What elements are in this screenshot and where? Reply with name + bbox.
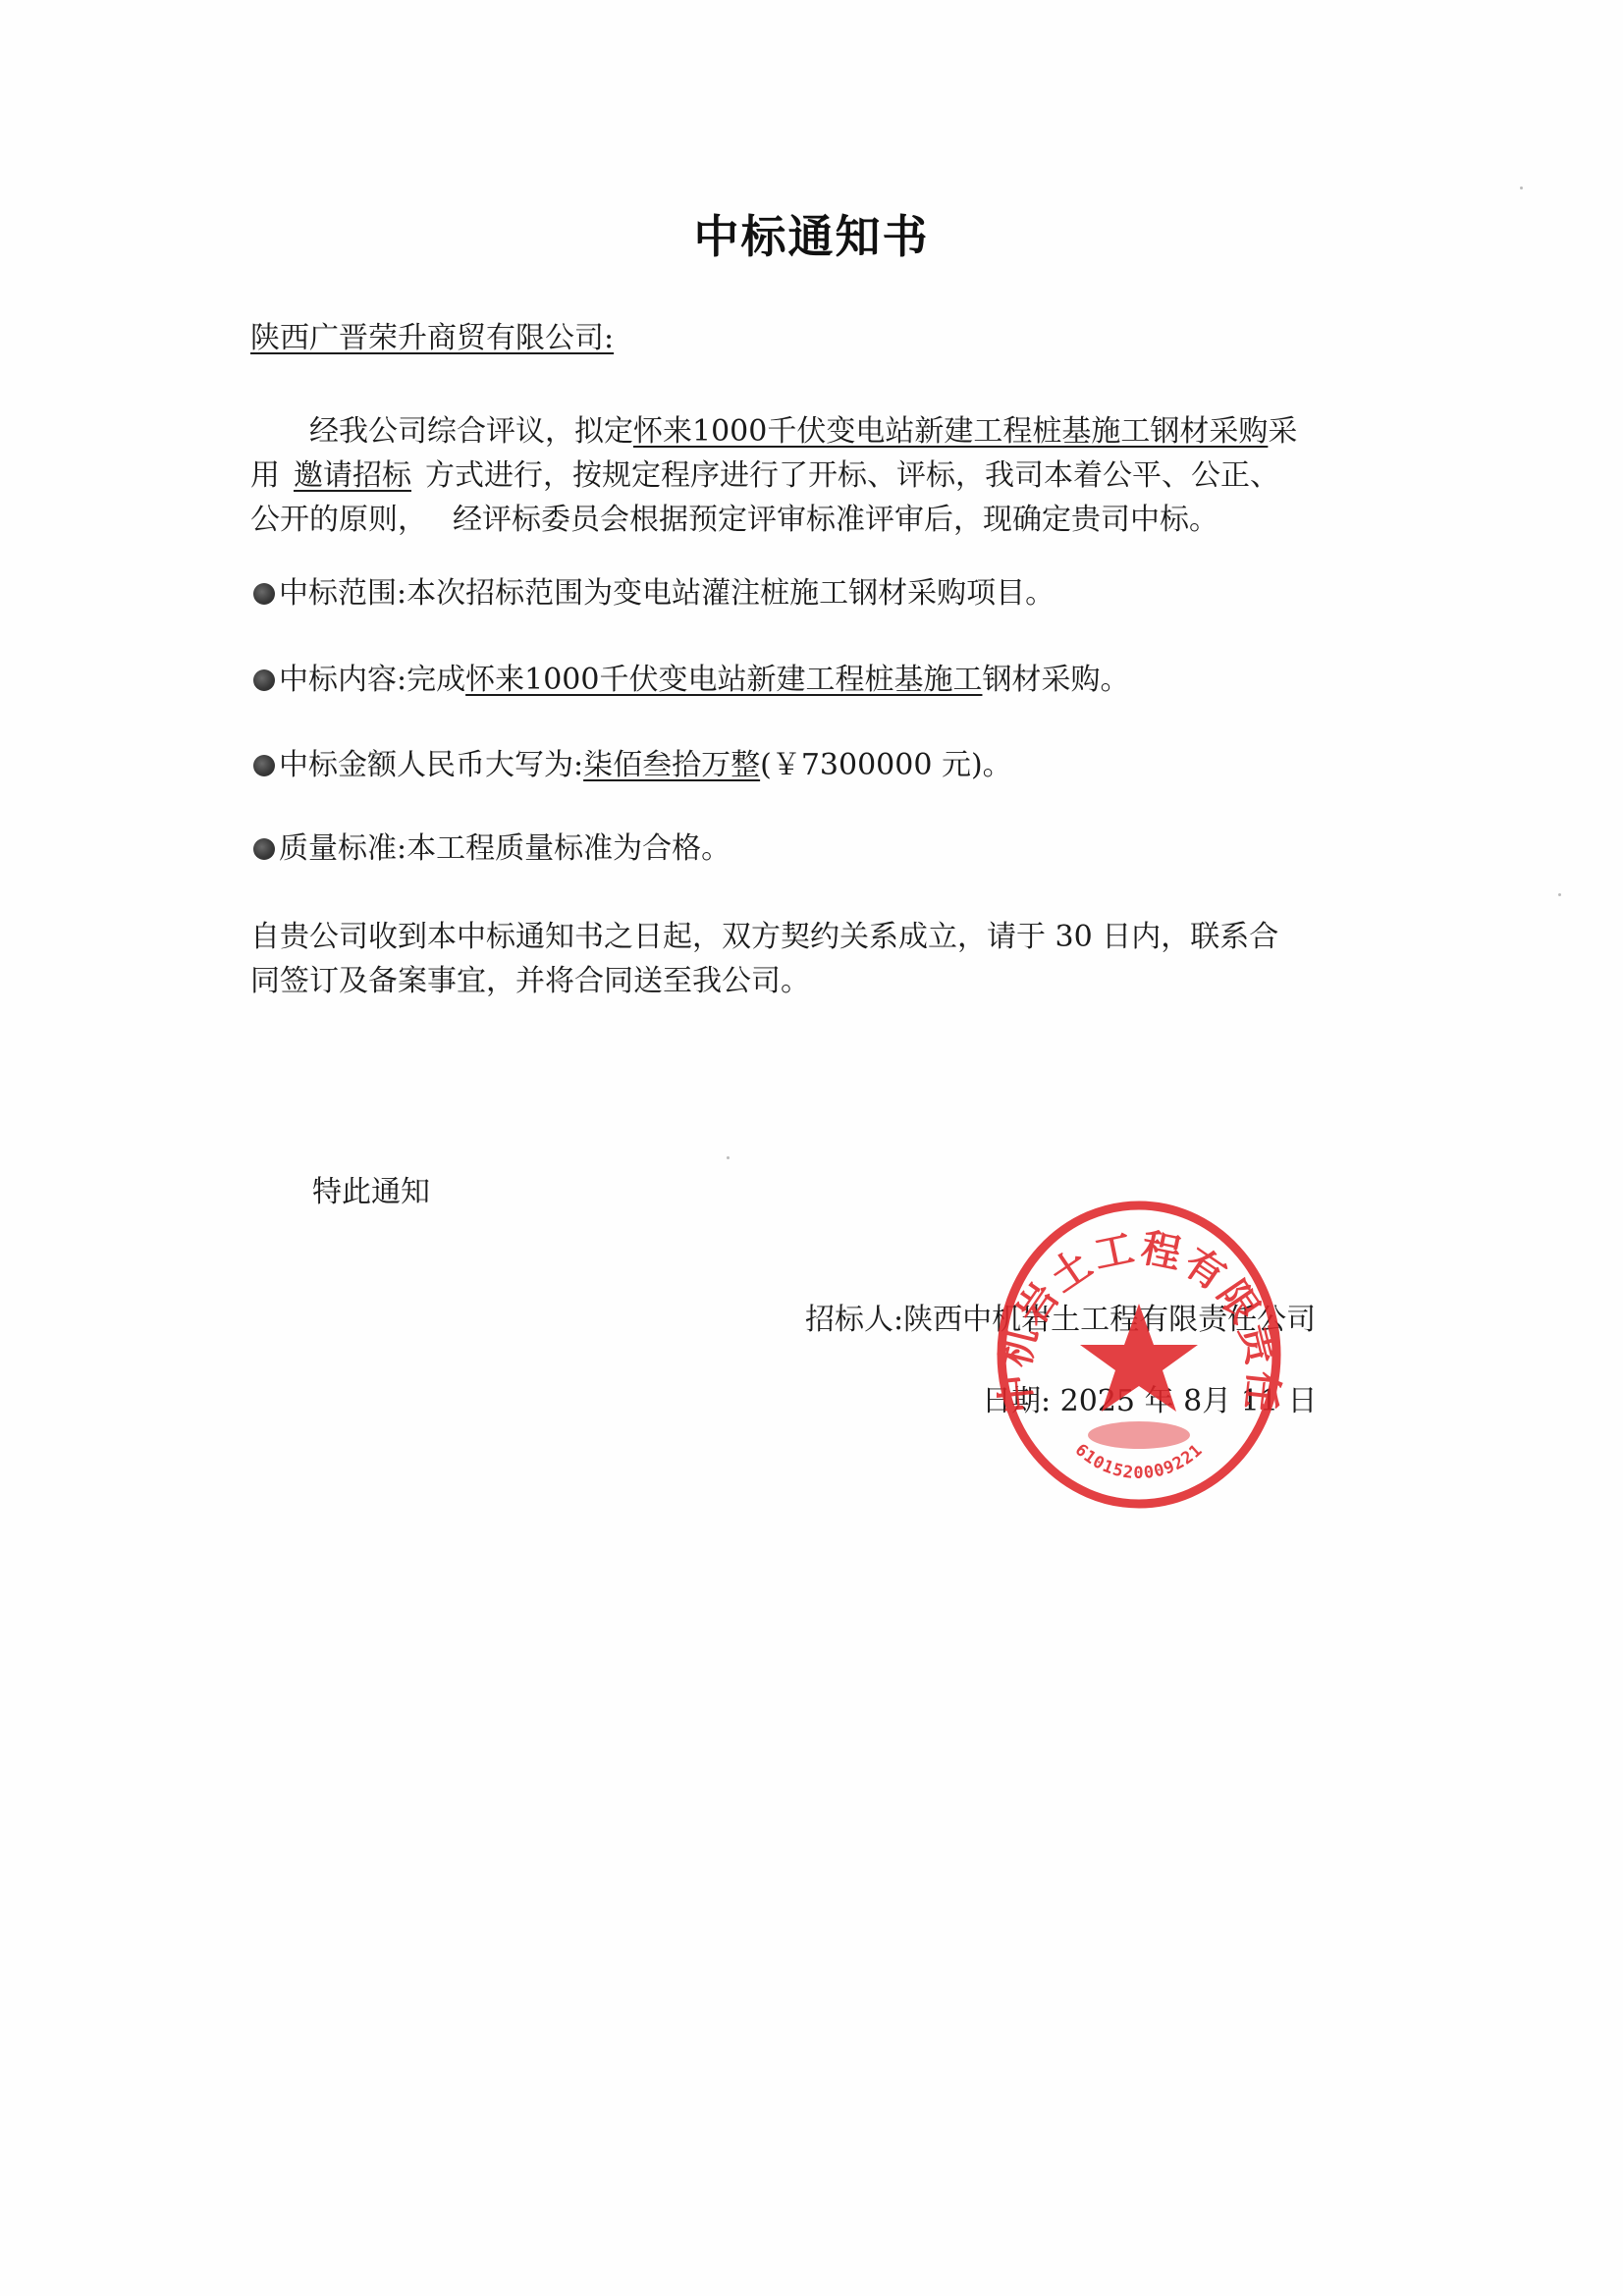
bullet-icon [253,755,275,776]
item-label: 质量标准: [279,831,406,866]
item-label: 中标金额人民币大写为: [279,748,583,782]
item-text: 完成 [406,663,465,697]
intro-text: 公开的原则， [250,503,427,537]
item-label: 中标范围: [279,576,406,611]
signer-label: 招标人: [805,1303,903,1337]
intro-line-2: 用邀请招标方式进行，按规定程序进行了开标、评标，我司本着公平、公正、 [250,456,1279,496]
date-day: 11 [1241,1384,1278,1418]
closing-remark: 特此通知 [312,1173,430,1212]
intro-line-3: 公开的原则，经评标委员会根据预定评审标准评审后，现确定贵司中标。 [250,501,1218,540]
issue-date: 日期: 2025 年 8月 11 日 [982,1382,1317,1421]
intro-text: 方式进行，按规定程序进行了开标、评标，我司本着公平、公正、 [425,458,1279,493]
bid-amount-item: 中标金额人民币大写为:柒佰叁拾万整(￥7300000 元)。 [253,746,1012,785]
date-label: 日期: [982,1384,1051,1418]
recipient-name: 陕西广晋荣升商贸有限公司: [250,319,614,358]
bid-content-item: 中标内容:完成怀来1000千伏变电站新建工程桩基施工钢材采购。 [253,661,1129,700]
company-seal: 陕西中机岩土工程有限责任公司 6101520009221 [992,1188,1286,1522]
date-year: 2025 [1060,1384,1135,1418]
seal-code-text: 6101520009221 [1071,1440,1207,1483]
signer-name: 陕西中机岩土工程有限责任公司 [903,1303,1316,1337]
amount-in-words: 柒佰叁拾万整 [583,748,760,782]
item-text: 钢材采购。 [982,663,1129,697]
bid-scope-item: 中标范围:本次招标范围为变电站灌注桩施工钢材采购项目。 [253,574,1055,614]
item-label: 中标内容: [279,663,406,697]
intro-text: 经我公司综合评议，拟定 [309,414,633,449]
bullet-icon [253,669,275,691]
project-name: 怀来1000千伏变电站新建工程桩基施工 [465,663,982,697]
item-text: 本次招标范围为变电站灌注桩施工钢材采购项目。 [406,576,1055,611]
notice-page: 中标通知书 陕西广晋荣升商贸有限公司: 经我公司综合评议，拟定怀来1000千伏变… [0,0,1623,2296]
intro-text: 经评标委员会根据预定评审标准评审后，现确定贵司中标。 [453,503,1218,537]
contract-clause-line-2: 同签订及备案事宜，并将合同送至我公司。 [250,962,810,1001]
intro-text: 采 [1268,414,1297,449]
signer: 招标人:陕西中机岩土工程有限责任公司 [805,1301,1316,1340]
intro-text: 用 [250,458,280,493]
contract-clause-line-1: 自贵公司收到本中标通知书之日起，双方契约关系成立，请于 30 日内，联系合 [250,918,1278,957]
quality-standard-item: 质量标准:本工程质量标准为合格。 [253,829,730,869]
project-name: 怀来1000千伏变电站新建工程桩基施工钢材采购 [633,414,1268,449]
date-year-unit: 年 [1145,1384,1174,1418]
bullet-icon [253,583,275,605]
date-month: 8 [1183,1384,1202,1418]
bullet-icon [253,838,275,860]
procurement-method: 邀请招标 [294,458,411,493]
date-month-unit: 月 [1202,1384,1231,1418]
date-day-unit: 日 [1287,1384,1317,1418]
intro-line-1: 经我公司综合评议，拟定怀来1000千伏变电站新建工程桩基施工钢材采购采 [309,412,1297,452]
page-title: 中标通知书 [0,201,1623,266]
amount-in-figures: (￥7300000 元)。 [760,748,1012,782]
item-text: 本工程质量标准为合格。 [406,831,730,866]
